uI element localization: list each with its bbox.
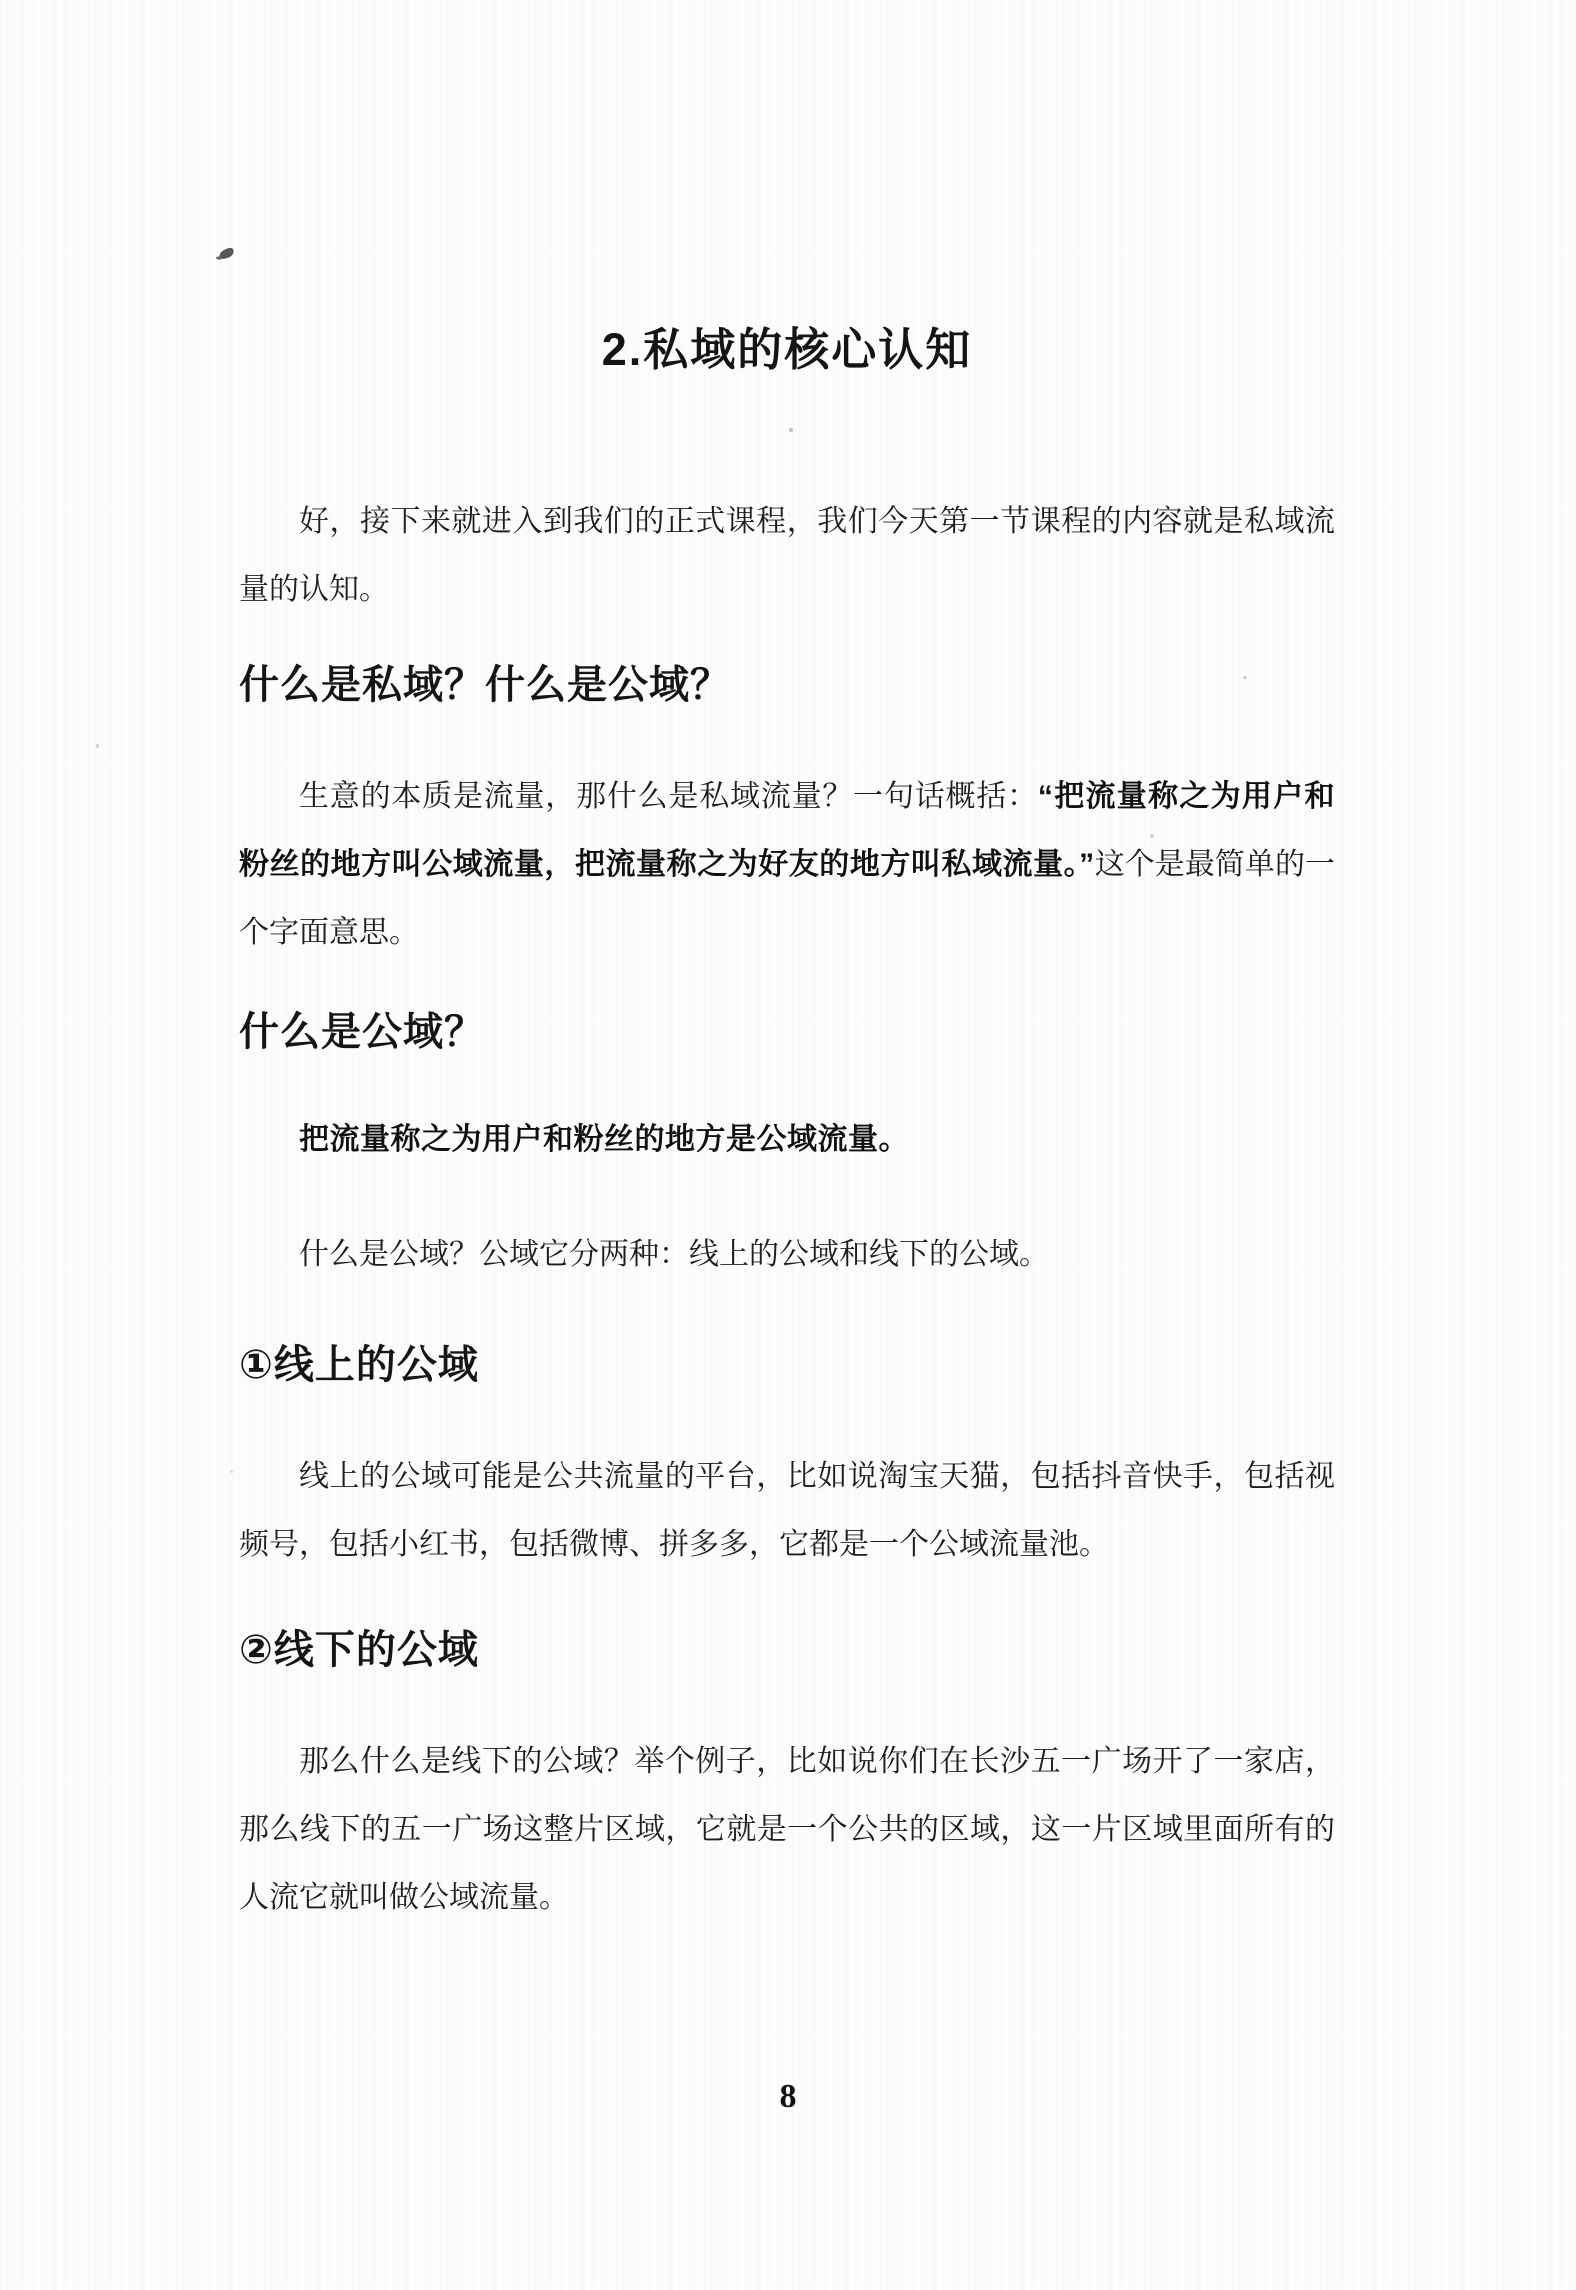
scan-speck	[218, 247, 235, 260]
section-heading-public-domain: 什么是公域？	[239, 1007, 1335, 1057]
page-title: 2.私域的核心认知	[239, 322, 1335, 378]
public-domain-bold-statement: 把流量称之为用户和粉丝的地方是公域流量。	[239, 1106, 1335, 1174]
scan-speck	[96, 744, 99, 748]
page-number: 8	[0, 2078, 1576, 2116]
scan-speck	[230, 1470, 233, 1473]
online-public-domain-paragraph: 线上的公域可能是公共流量的平台，比如说淘宝天猫，包括抖音快手，包括视频号，包括小…	[239, 1443, 1335, 1579]
document-body: 2.私域的核心认知 好，接下来就进入到我们的正式课程，我们今天第一节课程的内容就…	[239, 0, 1335, 1932]
public-domain-types-paragraph: 什么是公域？公域它分两种：线上的公域和线下的公域。	[239, 1221, 1335, 1289]
definition-paragraph: 生意的本质是流量，那什么是私域流量？一句话概括：“把流量称之为用户和粉丝的地方叫…	[239, 763, 1335, 967]
section-heading-private-vs-public: 什么是私域？什么是公域？	[239, 660, 1335, 710]
definition-text-lead: 生意的本质是流量，那什么是私域流量？一句话概括：	[299, 780, 1038, 813]
subheading-online-public-domain: ①线上的公域	[239, 1340, 1335, 1390]
offline-public-domain-paragraph: 那么什么是线下的公域？举个例子，比如说你们在长沙五一广场开了一家店，那么线下的五…	[239, 1728, 1335, 1932]
intro-paragraph: 好，接下来就进入到我们的正式课程，我们今天第一节课程的内容就是私域流量的认知。	[239, 488, 1335, 624]
scanned-document-page: { "doc": { "title": "2.私域的核心认知", "page_n…	[0, 0, 1576, 2290]
subheading-offline-public-domain: ②线下的公域	[239, 1625, 1335, 1675]
